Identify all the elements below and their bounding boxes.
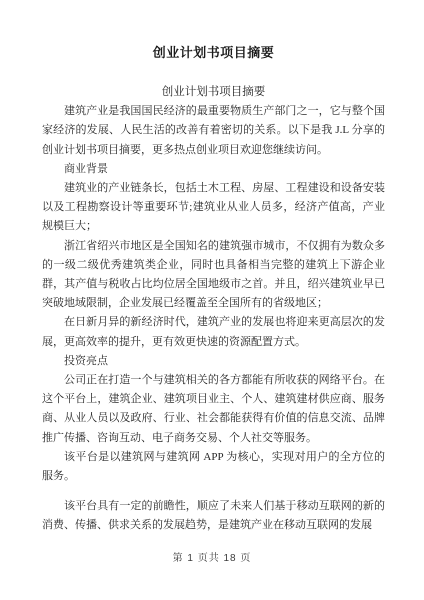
paragraph: 建筑产业是我国国民经济的最重要物质生产部门之一，它与整个国家经济的发展、人民生活… <box>42 102 385 160</box>
section-heading: 投资亮点 <box>42 352 385 371</box>
paragraph: 该平台具有一定的前瞻性，顺应了未来人们基于移动互联网的新的消费、传播、供求关系的… <box>42 497 385 535</box>
paragraph: 公司正在打造一个与建筑相关的各方都能有所收获的网络平台。在这个平台上，建筑企业、… <box>42 371 385 448</box>
document-title: 创业计划书项目摘要 <box>42 44 385 62</box>
paragraph: 该平台是以建筑网与建筑网 APP 为核心，实现对用户的全方位的服务。 <box>42 448 385 486</box>
paragraph: 建筑业的产业链条长，包括土木工程、房屋、工程建设和设备安装以及工程勘察设计等重要… <box>42 179 385 237</box>
page-number: 第 1 页共 18 页 <box>0 549 424 564</box>
document-page: 创业计划书项目摘要 创业计划书项目摘要 建筑产业是我国国民经济的最重要物质生产部… <box>0 0 424 600</box>
paragraph: 浙江省绍兴市地区是全国知名的建筑强市城市，不仅拥有为数众多的一级二级优秀建筑类企… <box>42 237 385 314</box>
document-body: 建筑产业是我国国民经济的最重要物质生产部门之一，它与整个国家经济的发展、人民生活… <box>42 102 385 535</box>
paragraph: 在日新月异的新经济时代，建筑产业的发展也将迎来更高层次的发展，更高效率的提升，更… <box>42 313 385 351</box>
document-subtitle: 创业计划书项目摘要 <box>42 83 385 102</box>
section-heading: 商业背景 <box>42 160 385 179</box>
